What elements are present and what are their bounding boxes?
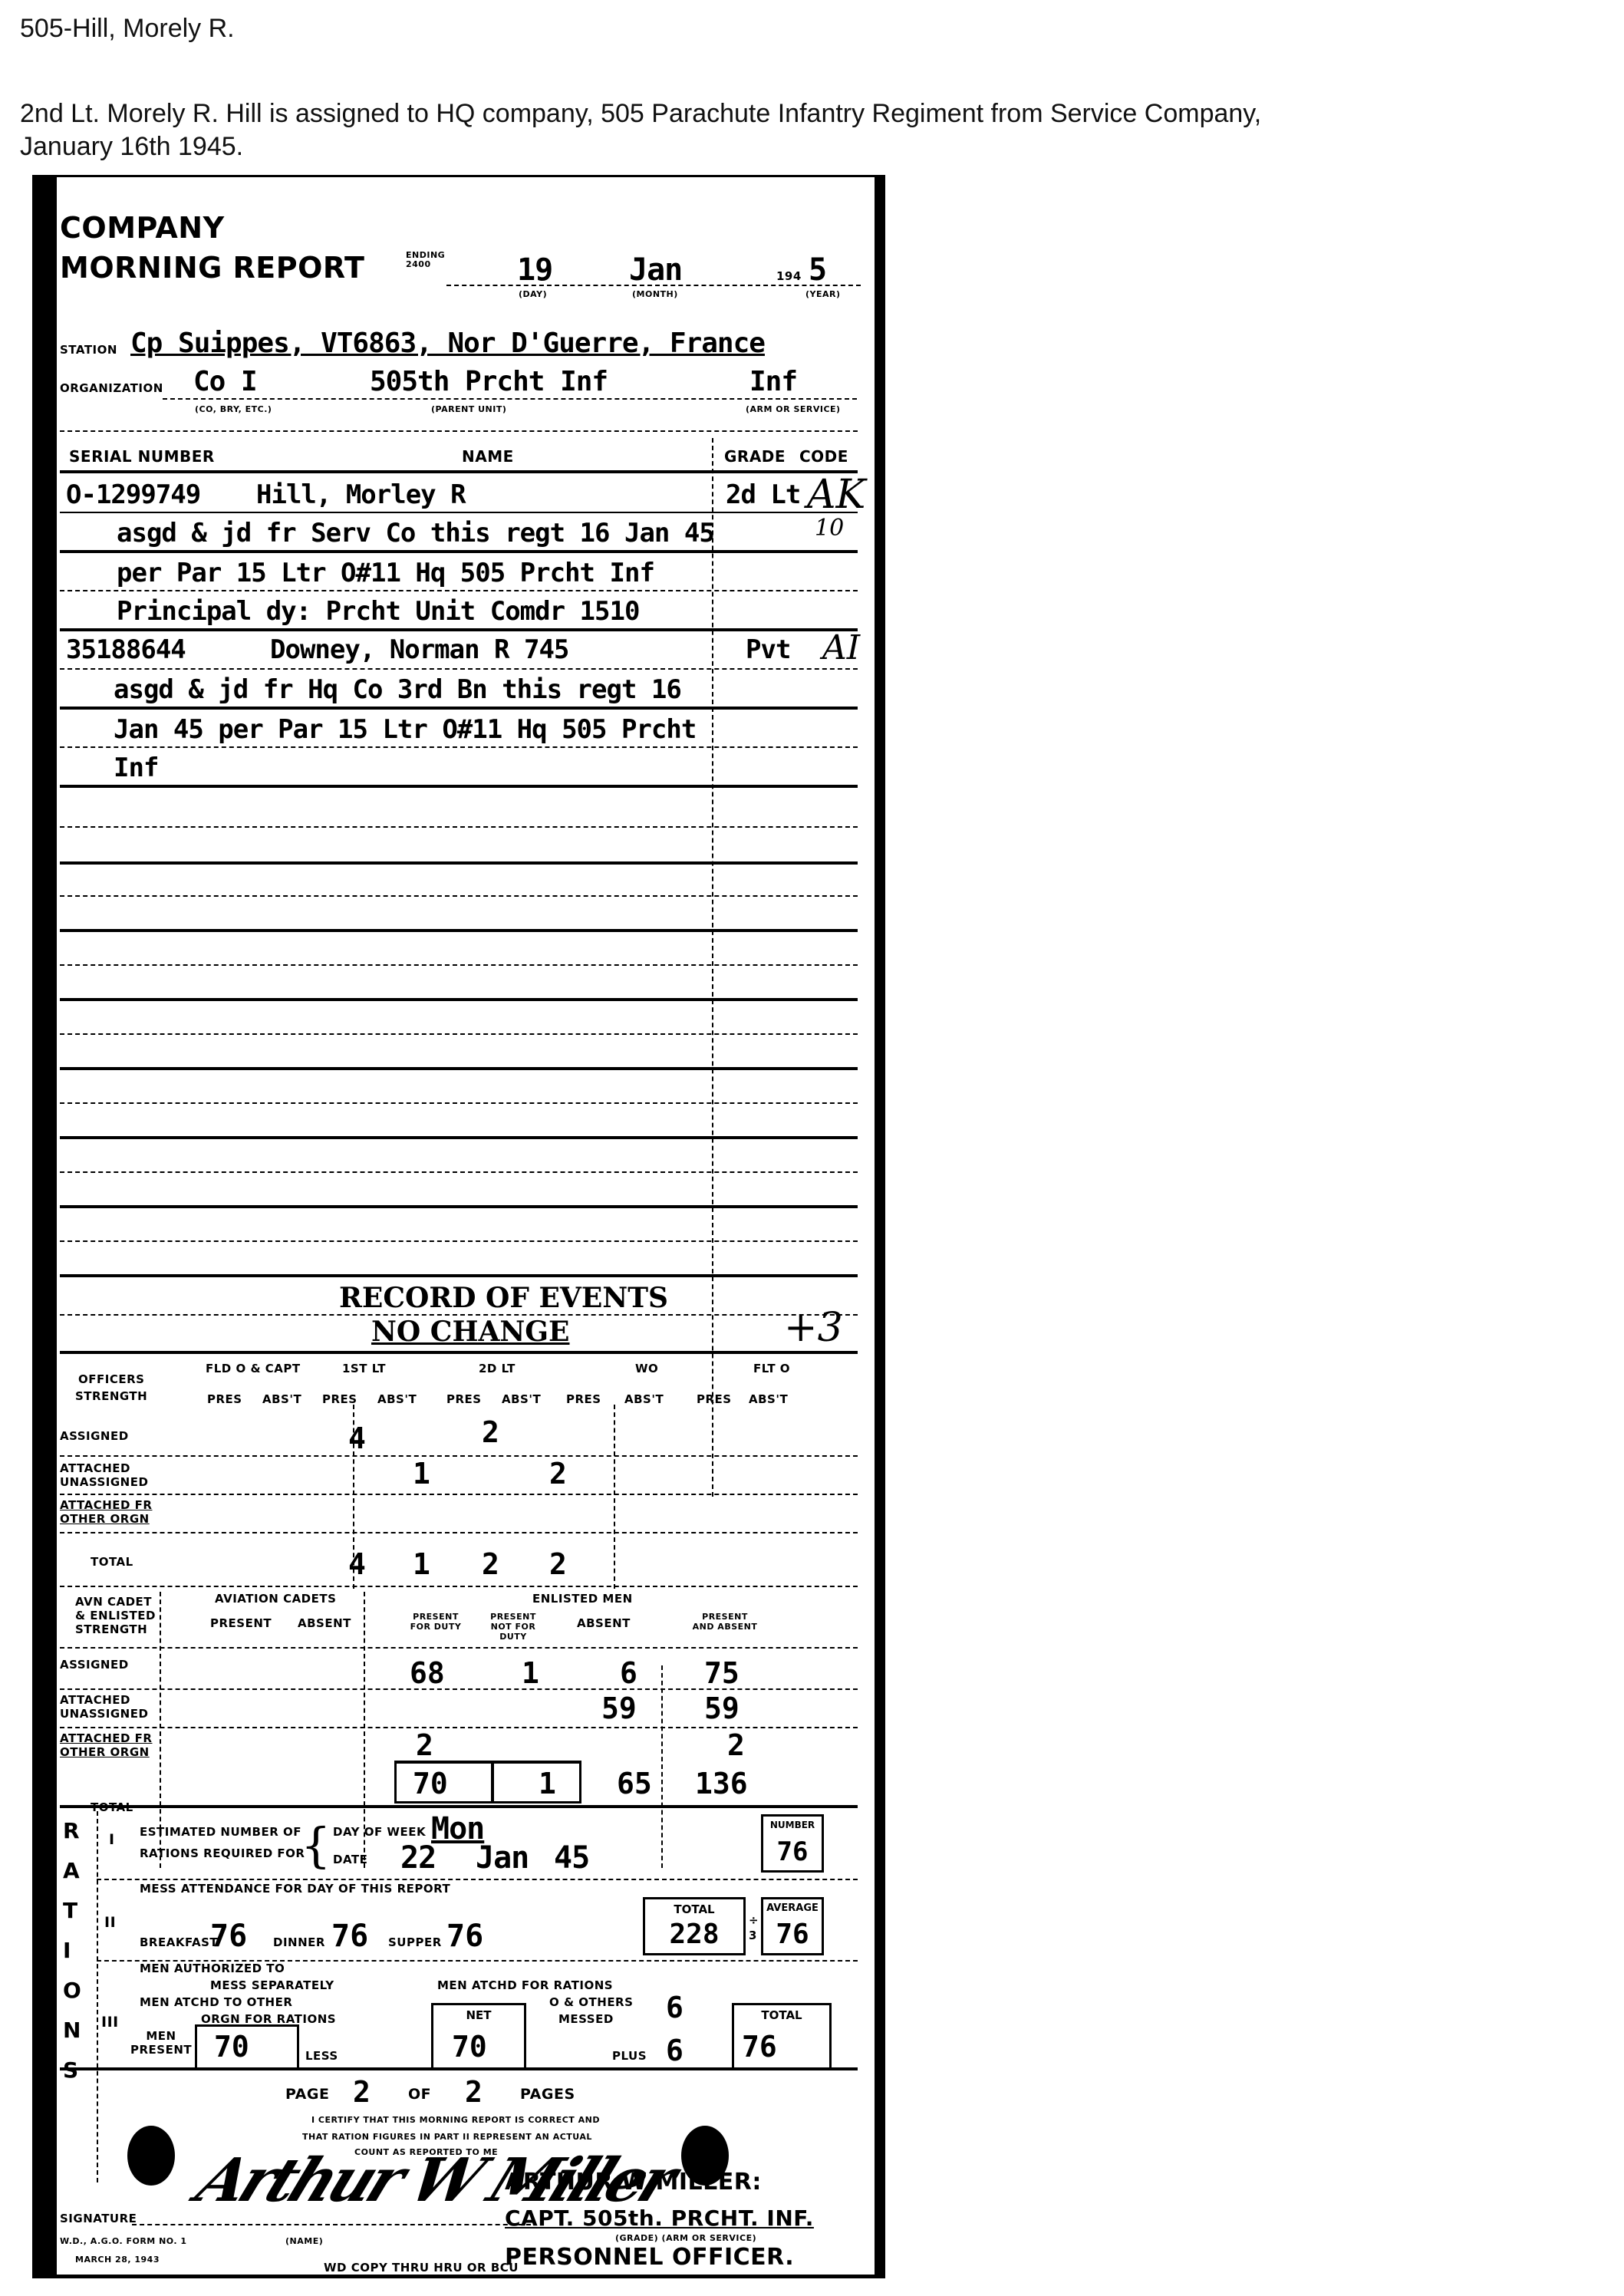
enlisted-row-label: ASSIGNED (60, 1658, 129, 1672)
station-label: STATION (60, 343, 117, 357)
enlisted-col-divider (661, 1665, 663, 1868)
org-unit: 505th Prcht Inf (370, 366, 608, 397)
brace: { (301, 1817, 331, 1873)
authorized-line-2: MESS SEPARATELY (210, 1978, 334, 1992)
blank-line (60, 1205, 858, 1208)
rations-letter: S (63, 2051, 81, 2090)
enlisted-value: 1 (539, 1767, 556, 1800)
supper-label: SUPPER (388, 1935, 442, 1949)
dinner-label: DINNER (273, 1935, 325, 1949)
supper-value: 76 (446, 1919, 483, 1954)
document-title: 505-Hill, Morely R. (20, 14, 235, 44)
rations-total-label: TOTAL (734, 2008, 829, 2022)
enlisted-column: PRESENT AND ABSENT (690, 1612, 759, 1632)
signature-line (132, 2224, 531, 2225)
officers-value: 1 (413, 1457, 430, 1491)
plus-label: PLUS (612, 2049, 647, 2063)
officers-subheader: ABS'T (262, 1392, 301, 1406)
organization-label: ORGANIZATION (60, 381, 163, 395)
enlisted-value: 6 (620, 1656, 637, 1690)
description-line-1: 2nd Lt. Morely R. Hill is assigned to HQ… (20, 97, 1261, 130)
grade-header: GRADE (724, 447, 786, 466)
enlisted-bottom-rule (60, 1805, 858, 1808)
aviation-cadets-header: AVIATION CADETS (215, 1592, 336, 1606)
for-rations-line-2: O & OTHERS (549, 1995, 633, 2009)
less-label: LESS (305, 2049, 338, 2063)
header-divider (60, 430, 858, 432)
signer-caption: (GRADE) (ARM OR SERVICE) (615, 2233, 756, 2243)
officers-label-2: STRENGTH (75, 1389, 147, 1403)
signature-label: SIGNATURE (32, 2212, 137, 2225)
name-header: NAME (462, 447, 514, 466)
rations-letter: T (63, 1891, 81, 1931)
pages-label: PAGES (520, 2086, 575, 2103)
mess-total-box: TOTAL 228 (643, 1897, 746, 1955)
month-caption: (MONTH) (632, 289, 678, 299)
entry-line: asgd & jd fr Hq Co 3rd Bn this regt 16 (114, 674, 681, 705)
officers-group: 1ST LT (342, 1362, 386, 1375)
estimated-line-1: ESTIMATED NUMBER OF (140, 1825, 301, 1839)
blank-line (60, 964, 858, 966)
page-number: 2 (353, 2075, 371, 2109)
report-day: 19 (517, 252, 552, 288)
entry-rule (60, 785, 858, 788)
blank-line (60, 929, 858, 932)
blank-line (60, 1067, 858, 1070)
grade-column-divider (712, 438, 713, 1497)
morning-report-scan: COMPANY MORNING REPORT ENDING 2400 19 Ja… (32, 175, 885, 2278)
officers-value: 2 (482, 1547, 499, 1581)
enlisted-value: 2 (416, 1728, 433, 1762)
header-rule (60, 470, 858, 473)
officers-value: 1 (413, 1547, 430, 1581)
officers-subheader: PRES (207, 1392, 242, 1406)
report-year: 5 (809, 252, 826, 288)
blank-line (60, 1033, 858, 1035)
divide-by-3: ÷ 3 (749, 1912, 759, 1943)
enlisted-value: 1 (522, 1656, 539, 1690)
enlisted-value: 59 (601, 1692, 637, 1725)
average-value: 76 (763, 1919, 822, 1950)
ration-date-year: 45 (554, 1840, 589, 1876)
copy-note: WD COPY THRU HRU OR BCU (324, 2261, 519, 2275)
officers-subheader: ABS'T (624, 1392, 664, 1406)
enlisted-row-rule (60, 1688, 858, 1690)
officers-row-rule (60, 1586, 858, 1587)
officers-group: WO (635, 1362, 658, 1375)
description-line-2: January 16th 1945. (20, 130, 1261, 163)
entry-rule (60, 550, 858, 553)
entry-serial: 35188644 (66, 634, 186, 665)
men-present-value: 70 (214, 2030, 249, 2064)
code-header: CODE (799, 447, 848, 466)
enlisted-value: 68 (410, 1656, 445, 1690)
for-rations-line-1: MEN ATCHD FOR RATIONS (437, 1978, 613, 1992)
net-value: 70 (452, 2030, 487, 2064)
total-pnfd-box (491, 1761, 581, 1804)
form-title-line-1: COMPANY (60, 211, 225, 245)
enlisted-label-3: STRENGTH (75, 1622, 147, 1636)
officers-subheader: PRES (322, 1392, 357, 1406)
rations-letter: O (63, 1971, 81, 2011)
entry-code-handwritten: AK (807, 472, 865, 518)
officers-value: 4 (348, 1547, 366, 1581)
number-value: 76 (763, 1836, 822, 1867)
station-value: Cp Suippes, VT6863, Nor D'Guerre, France (130, 328, 765, 359)
officers-row-label: ATTACHED UNASSIGNED (60, 1461, 175, 1489)
net-label: NET (433, 2008, 524, 2022)
entry-line: asgd & jd fr Serv Co this regt 16 Jan 45 (117, 518, 714, 548)
date-label: DATE (333, 1853, 367, 1866)
number-label: NUMBER (763, 1820, 822, 1830)
officers-value: 2 (549, 1547, 567, 1581)
name-caption: (NAME) (285, 2236, 323, 2246)
rations-total-box: TOTAL 76 (732, 2003, 832, 2069)
enlisted-row-rule (60, 1647, 858, 1649)
plus-value: 6 (666, 2034, 684, 2067)
others-messed-value: 6 (666, 1991, 684, 2024)
rations-letter: A (63, 1851, 81, 1891)
section-iii: III (101, 2014, 119, 2031)
form-reference-1: W.D., A.G.O. FORM NO. 1 (40, 2236, 187, 2246)
estimated-line-2: RATIONS REQUIRED FOR (140, 1846, 305, 1860)
record-rule (60, 1351, 858, 1354)
officers-subheader: ABS'T (749, 1392, 788, 1406)
enlisted-value: 75 (704, 1656, 740, 1690)
section-i: I (109, 1831, 115, 1848)
cadets-column: PRESENT (210, 1616, 272, 1630)
record-of-events-title: RECORD OF EVENTS (339, 1282, 668, 1314)
enlisted-value: 59 (704, 1692, 740, 1725)
enlisted-value: 65 (617, 1767, 652, 1800)
org-arm: Inf (749, 366, 797, 397)
net-box: NET 70 (431, 2003, 526, 2069)
entry-line: Principal dy: Prcht Unit Comdr 1510 (117, 596, 639, 627)
officers-row-label: ASSIGNED (60, 1429, 129, 1443)
officers-value: 2 (549, 1457, 567, 1491)
officers-value: 4 (348, 1421, 366, 1455)
average-box: AVERAGE 76 (761, 1897, 824, 1955)
blank-line (60, 895, 858, 897)
rations-total-value: 76 (742, 2030, 777, 2064)
ration-date-day: 22 (400, 1840, 436, 1876)
officers-subheader: PRES (446, 1392, 482, 1406)
record-annotation: +3 (784, 1305, 843, 1351)
entry-rule (60, 668, 858, 670)
entry-line: Jan 45 per Par 15 Ltr O#11 Hq 505 Prcht (114, 714, 696, 745)
enlisted-row-label: ATTACHED FR OTHER ORGN (60, 1731, 175, 1759)
enlisted-value: 136 (695, 1767, 748, 1800)
signer-title: PERSONNEL OFFICER. (505, 2244, 794, 2271)
dinner-value: 76 (331, 1919, 368, 1954)
mess-attendance-label: MESS ATTENDANCE FOR DAY OF THIS REPORT (140, 1882, 450, 1896)
entry-rule (60, 746, 858, 748)
officers-group: FLT O (753, 1362, 790, 1375)
rations-divider (97, 1811, 98, 2182)
form-reference-2: MARCH 28, 1943 (40, 2255, 160, 2265)
day-of-week-label: DAY OF WEEK (333, 1825, 426, 1839)
org-line (163, 398, 857, 400)
entry-line: per Par 15 Ltr O#11 Hq 505 Prcht Inf (117, 558, 654, 588)
certify-line-1: I CERTIFY THAT THIS MORNING REPORT IS CO… (311, 2115, 600, 2125)
men-present-label: MEN PRESENT (130, 2029, 192, 2057)
attached-line-1: MEN ATCHD TO OTHER (140, 1995, 292, 2009)
entry-rule (60, 628, 858, 631)
officers-subheader: PRES (566, 1392, 601, 1406)
breakfast-value: 76 (210, 1919, 247, 1954)
mess-total-label: TOTAL (645, 1902, 743, 1916)
record-of-events-text: NO CHANGE (371, 1316, 570, 1348)
rations-letter: N (63, 2011, 81, 2051)
of-label: OF (408, 2086, 431, 2103)
form-title-line-2: MORNING REPORT (60, 251, 364, 285)
officers-row-rule (60, 1494, 858, 1495)
enlisted-value: 2 (727, 1728, 745, 1762)
scan-edge-bar (32, 177, 57, 2275)
total-pages: 2 (465, 2075, 483, 2109)
officers-col-divider (614, 1405, 615, 1589)
blank-line (60, 1171, 858, 1173)
ration-date-month: Jan (476, 1840, 529, 1876)
day-caption: (DAY) (519, 289, 547, 299)
breakfast-label: BREAKFAST (140, 1935, 218, 1949)
year-caption: (YEAR) (805, 289, 841, 299)
punch-hole-left (127, 2126, 175, 2186)
certify-line-2: THAT RATION FIGURES IN PART II REPRESENT… (302, 2132, 592, 2142)
mess-total-value: 228 (645, 1919, 743, 1950)
org-company: Co I (193, 366, 257, 397)
serial-number-header: SERIAL NUMBER (69, 447, 215, 466)
enlisted-row-label: ATTACHED UNASSIGNED (60, 1693, 175, 1721)
officers-row-label: TOTAL (91, 1555, 133, 1569)
page-label: PAGE (285, 2086, 329, 2103)
blank-line (60, 861, 858, 865)
blank-line (60, 1240, 858, 1242)
officers-label-1: OFFICERS (78, 1372, 144, 1386)
entry-rule (60, 707, 858, 710)
entry-line: Inf (114, 753, 158, 783)
officers-subheader: PRES (697, 1392, 732, 1406)
entry-annotation: 10 (815, 515, 844, 542)
year-prefix: 194 (776, 269, 802, 283)
entry-rule (60, 512, 858, 513)
enlisted-column: PRESENT FOR DUTY (405, 1612, 466, 1632)
men-present-box: 70 (195, 2024, 299, 2069)
report-month: Jan (629, 252, 682, 288)
cadets-column: ABSENT (298, 1616, 351, 1630)
enlisted-men-header: ENLISTED MEN (532, 1592, 633, 1606)
signer-name: ARTHUR W MILLER: (505, 2169, 762, 2196)
enlisted-value: 70 (413, 1767, 448, 1800)
blank-line (60, 1136, 858, 1139)
blank-line (60, 826, 858, 828)
officers-group: 2D LT (479, 1362, 516, 1375)
entry-name: Downey, Norman R 745 (270, 634, 568, 665)
enlisted-column: PRESENT NOT FOR DUTY (479, 1612, 548, 1642)
officers-value: 2 (482, 1415, 499, 1449)
blank-line (60, 998, 858, 1001)
officers-row-rule (60, 1532, 858, 1533)
ending-label: ENDING 2400 (406, 251, 440, 269)
officers-group: FLD O & CAPT (206, 1362, 301, 1375)
document-description: 2nd Lt. Morely R. Hill is assigned to HQ… (20, 97, 1261, 163)
org-unit-caption: (PARENT UNIT) (431, 404, 506, 414)
entry-serial: O-1299749 (66, 479, 200, 510)
officers-subheader: ABS'T (377, 1392, 417, 1406)
signer-rank: CAPT. 505th. PRCHT. INF. (505, 2205, 814, 2231)
rations-rule (97, 1879, 858, 1880)
authorized-line-1: MEN AUTHORIZED TO (140, 1962, 285, 1975)
blank-line (60, 1102, 858, 1104)
enlisted-label-2: & ENLISTED (75, 1609, 156, 1622)
entry-grade: 2d Lt (726, 479, 800, 510)
for-rations-line-3: MESSED (558, 2012, 614, 2026)
entry-name: Hill, Morley R (256, 479, 466, 510)
rations-letter: I (63, 1931, 81, 1971)
officers-subheader: ABS'T (502, 1392, 541, 1406)
average-label: AVERAGE (763, 1902, 822, 1914)
org-company-caption: (CO, BRY, ETC.) (195, 404, 272, 414)
entry-grade: Pvt (746, 634, 790, 665)
entry-code-handwritten: AI (822, 628, 860, 667)
enlisted-column: ABSENT (577, 1616, 631, 1630)
number-box: NUMBER 76 (761, 1814, 824, 1873)
officers-row-label: ATTACHED FR OTHER ORGN (60, 1498, 175, 1526)
rations-bottom-rule (60, 2067, 858, 2070)
org-arm-caption: (ARM OR SERVICE) (746, 404, 841, 414)
enlisted-label-1: AVN CADET (75, 1595, 152, 1609)
rations-side-label: R A T I O N S (63, 1811, 81, 2090)
entry-rule (60, 590, 858, 591)
blank-line (60, 1274, 858, 1277)
section-ii: II (104, 1914, 116, 1931)
officers-row-rule (60, 1455, 858, 1457)
rations-letter: R (63, 1811, 81, 1851)
